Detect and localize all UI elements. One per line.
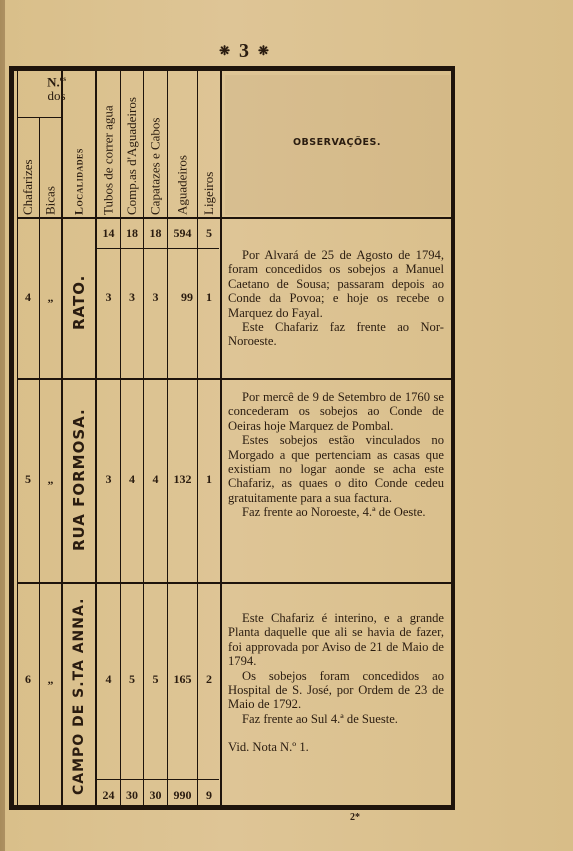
ornament-right-icon: ❋	[258, 43, 271, 58]
row-tubos: 4	[97, 672, 120, 687]
col-line-chafarizes-bicas	[39, 117, 40, 808]
book-spine-shadow	[0, 0, 5, 851]
carry-aguadeiros: 594	[168, 226, 197, 241]
carry-tubos: 14	[97, 226, 120, 241]
ornament-left-icon: ❋	[219, 43, 232, 58]
totals-line	[97, 779, 219, 780]
obs-paragraph: Por Alvará de 25 de Agosto de 1794, fora…	[228, 248, 444, 320]
row-companhias: 4	[121, 472, 143, 487]
row-capatazes: 3	[144, 290, 167, 305]
obs-paragraph: Este Chafariz é interino, e a grande Pla…	[228, 611, 444, 669]
row-observacoes: Este Chafariz é interino, e a grande Pla…	[228, 611, 444, 755]
obs-paragraph: Os sobejos foram concedidos ao Hospital …	[228, 669, 444, 712]
total-ligeiros: 9	[198, 788, 220, 803]
row-divider-1	[17, 378, 452, 380]
row-aguadeiros: 132	[168, 472, 197, 487]
header-bicas: Bicas	[40, 119, 61, 215]
row-companhias: 5	[121, 672, 143, 687]
total-tubos: 24	[97, 788, 120, 803]
row-aguadeiros: 165	[168, 672, 197, 687]
row-ligeiros: 1	[198, 472, 220, 487]
row-ligeiros: 2	[198, 672, 220, 687]
header-chafarizes: Chafarizes	[17, 119, 39, 215]
row-capatazes: 5	[144, 672, 167, 687]
printer-signature-mark: 2*	[350, 812, 360, 823]
row-tubos: 3	[97, 472, 120, 487]
row-divider-2	[17, 582, 452, 584]
obs-paragraph: Estes sobejos estão vinculados no Morgad…	[228, 433, 444, 505]
obs-paragraph: Faz frente ao Noroeste, 4.ª de Oeste.	[228, 505, 444, 519]
row-localidade: RATO.	[63, 250, 95, 355]
header-aguadeiros: Aguadeiros	[168, 72, 197, 215]
row-ligeiros: 1	[198, 290, 220, 305]
page-number: ❋ 3 ❋	[0, 40, 490, 63]
row-aguadeiros: 99	[168, 290, 197, 305]
carry-companhias: 18	[121, 226, 143, 241]
obs-paragraph: Por mercê de 9 de Setembro de 1760 se co…	[228, 390, 444, 433]
row-chafariz: 5	[17, 472, 39, 487]
row-bica: „	[40, 472, 61, 487]
row-companhias: 3	[121, 290, 143, 305]
header-tubos: Tubos de correr agua	[97, 72, 120, 215]
total-companhias: 30	[121, 788, 143, 803]
row-localidade: RUA FORMOSA.	[63, 395, 95, 565]
total-aguadeiros: 990	[168, 788, 197, 803]
total-capatazes: 30	[144, 788, 167, 803]
row-observacoes: Por mercê de 9 de Setembro de 1760 se co…	[228, 390, 444, 520]
row-tubos: 3	[97, 290, 120, 305]
row-bica: „	[40, 290, 61, 305]
carry-forward-underline	[97, 248, 219, 249]
row-observacoes: Por Alvará de 25 de Agosto de 1794, fora…	[228, 248, 444, 349]
row-chafariz: 6	[17, 672, 39, 687]
header-bottom-line	[17, 217, 452, 219]
page-number-value: 3	[239, 40, 251, 62]
header-numero-label: N.	[47, 74, 60, 89]
row-bica: „	[40, 672, 61, 687]
header-ligeiros: Ligeiros	[198, 72, 220, 215]
col-line-ligeiros-observacoes	[220, 70, 222, 808]
obs-paragraph: Faz frente ao Sul 4.ª de Sueste.	[228, 712, 444, 726]
header-split-line	[17, 117, 62, 118]
row-capatazes: 4	[144, 472, 167, 487]
header-companhias: Comp.as d'Aguadeiros	[121, 72, 143, 215]
row-localidade: CAMPO DE S.TA ANNA.	[63, 588, 95, 804]
carry-ligeiros: 5	[198, 226, 220, 241]
row-chafariz: 4	[17, 290, 39, 305]
header-observacoes: OBSERVAÇÕES.	[222, 137, 452, 148]
obs-paragraph: Este Chafariz faz frente ao Nor-Noroeste…	[228, 320, 444, 349]
header-localidades: Localidades	[63, 72, 95, 215]
obs-note-reference: Vid. Nota N.º 1.	[228, 740, 444, 754]
carry-capatazes: 18	[144, 226, 167, 241]
header-capatazes: Capatazes e Cabos	[144, 72, 167, 215]
